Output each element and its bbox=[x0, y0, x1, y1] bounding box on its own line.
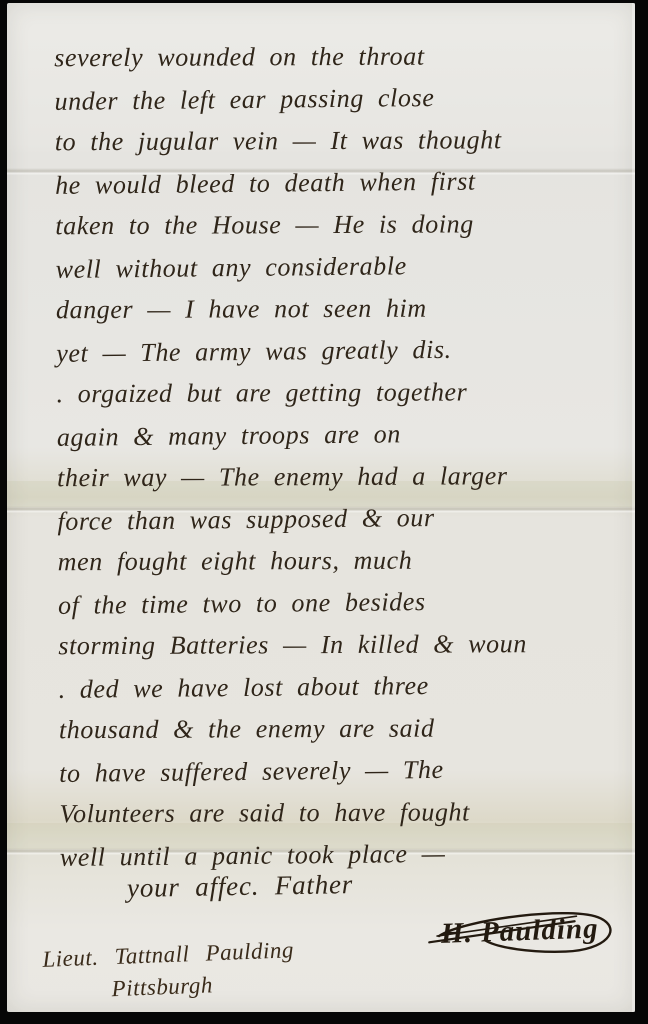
letter-closing: your affec. Father bbox=[127, 869, 354, 904]
addressee-block: Lieut. Tattnall Paulding Pittsburgh bbox=[42, 934, 296, 1008]
letter-line: storming Batteries — In killed & woun bbox=[58, 623, 616, 667]
letter-line: men fought eight hours, much bbox=[58, 539, 616, 583]
paper-edge bbox=[632, 3, 635, 1012]
letter-line: . orgaized but are getting together bbox=[56, 371, 614, 415]
letter-line: to have suffered severely — The bbox=[59, 747, 617, 795]
letter-line: to the jugular vein — It was thought bbox=[55, 119, 613, 163]
letter-body: severely wounded on the throat under the… bbox=[54, 34, 618, 878]
signature: H. Paulding bbox=[440, 912, 599, 950]
letter-line: again & many troops are on bbox=[57, 411, 615, 459]
letter-line: he would bleed to death when first bbox=[55, 159, 613, 207]
letter-line: well without any considerable bbox=[55, 243, 613, 291]
letter-line: severely wounded on the throat bbox=[54, 35, 612, 79]
letter-line: of the time two to one besides bbox=[58, 579, 616, 627]
letter-paper: severely wounded on the throat under the… bbox=[7, 3, 635, 1012]
scan-frame: severely wounded on the throat under the… bbox=[0, 0, 648, 1024]
letter-line: danger — I have not seen him bbox=[56, 287, 614, 331]
letter-line: thousand & the enemy are said bbox=[59, 707, 617, 751]
letter-line: under the left ear passing close bbox=[54, 75, 612, 123]
letter-line: yet — The army was greatly dis. bbox=[56, 327, 614, 375]
letter-line: taken to the House — He is doing bbox=[55, 203, 613, 247]
letter-line: . ded we have lost about three bbox=[58, 663, 616, 711]
letter-line: their way — The enemy had a larger bbox=[57, 455, 615, 499]
letter-line: Volunteers are said to have fought bbox=[59, 791, 617, 835]
signature-block: H. Paulding bbox=[424, 898, 626, 969]
letter-line: force than was supposed & our bbox=[57, 495, 615, 543]
